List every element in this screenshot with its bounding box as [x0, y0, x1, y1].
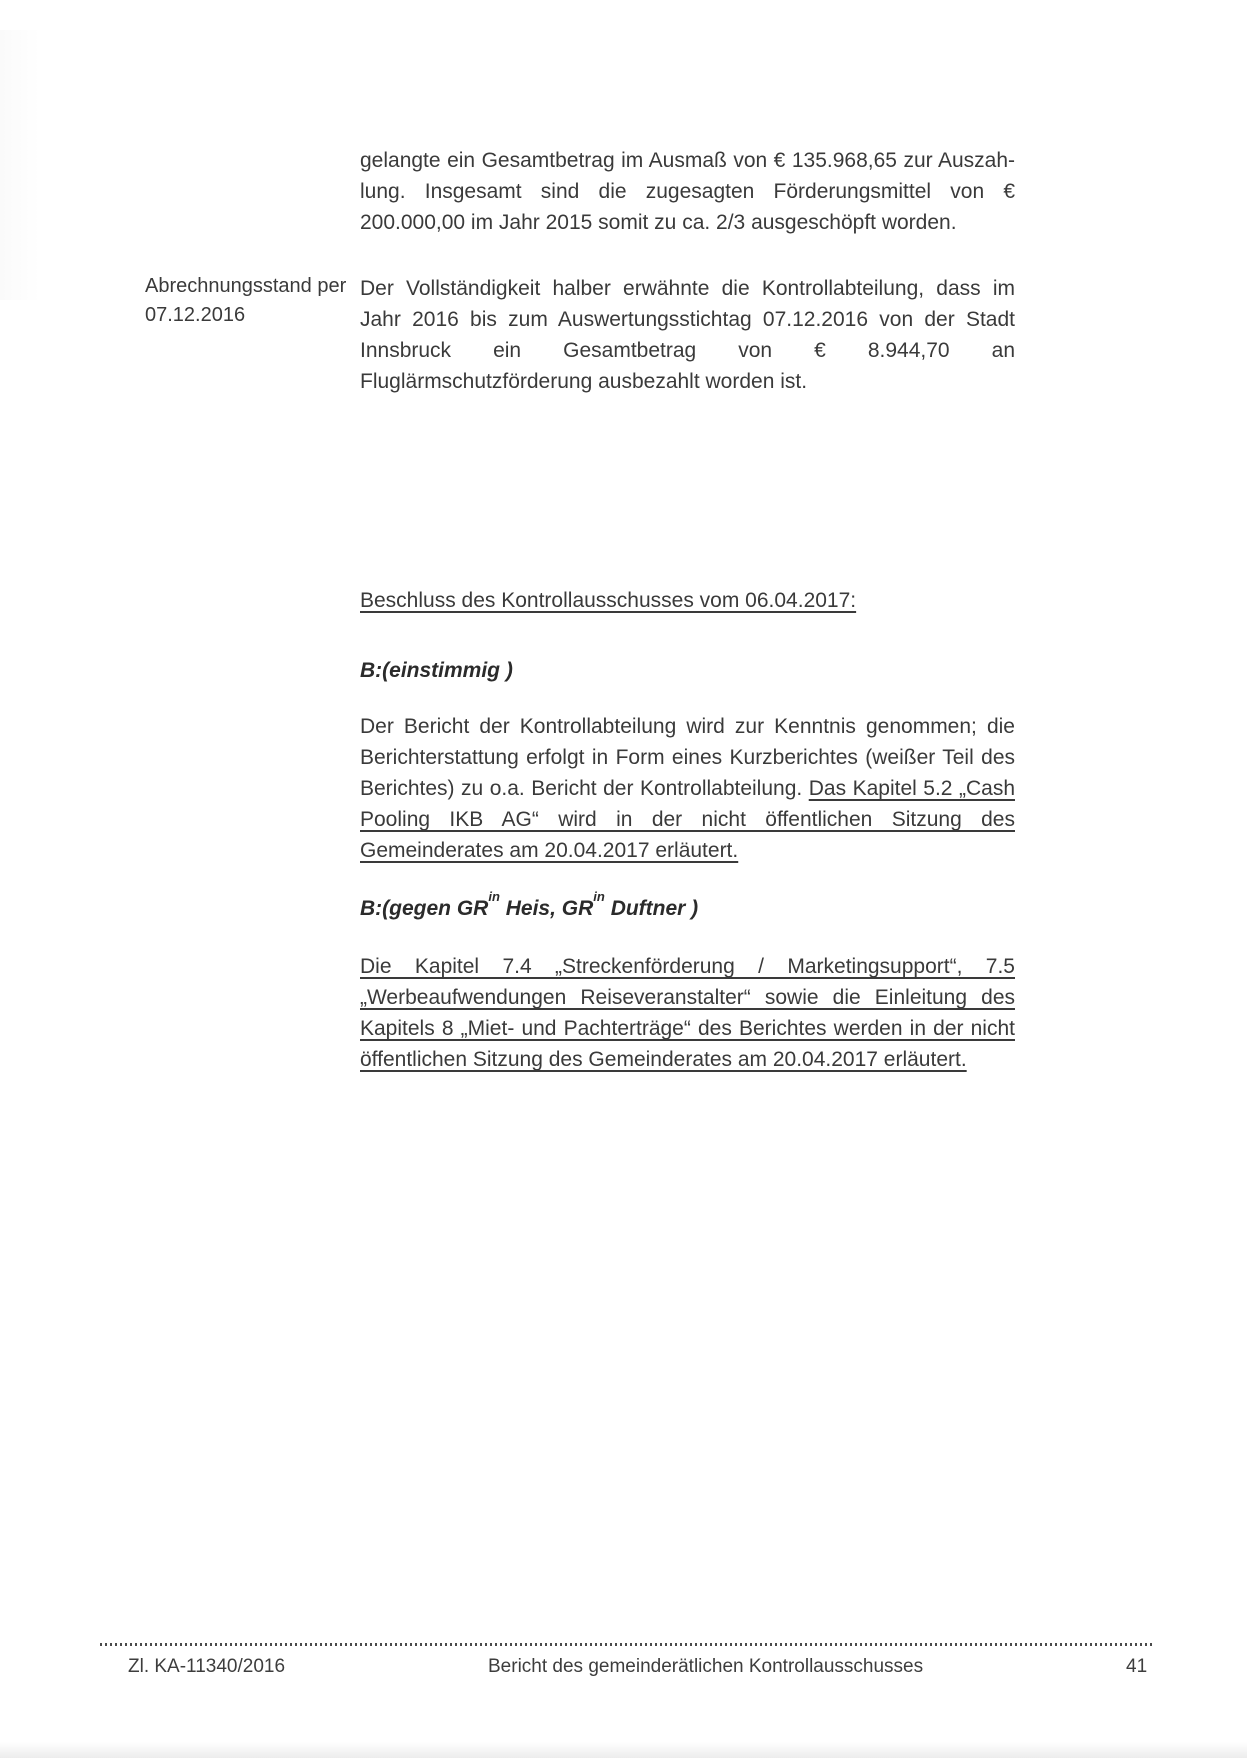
- vote-against-middle: Heis, GR: [500, 897, 593, 920]
- scan-artifact-top-left: [0, 30, 40, 300]
- paragraph-resolution-unanimous: Der Bericht der Kontrollabteilung wird z…: [360, 711, 1015, 866]
- paragraph-resolution-against: Die Kapitel 7.4 „Streckenförderung / Mar…: [360, 951, 1015, 1075]
- vote-result-unanimous: B:(einstimmig ): [360, 655, 513, 686]
- decision-heading: Beschluss des Kontrollausschusses vom 06…: [360, 585, 856, 616]
- paragraph-settlement-status: Der Vollständigkeit halber erwähnte die …: [360, 273, 1015, 397]
- vote-result-against: B:(gegen GRin Heis, GRin Duftner ): [360, 893, 698, 924]
- vote-against-superscript-2: in: [593, 889, 605, 904]
- vote-against-suffix: Duftner ): [605, 897, 698, 920]
- footer-reference-number: Zl. KA-11340/2016: [128, 1654, 285, 1680]
- margin-note-settlement-date: Abrechnungsstand per 07.12.2016: [145, 272, 370, 330]
- vote-against-prefix: B:(gegen GR: [360, 897, 488, 920]
- paragraph-payout-total: gelangte ein Gesamtbetrag im Ausmaß von …: [360, 145, 1015, 238]
- document-page: gelangte ein Gesamtbetrag im Ausmaß von …: [0, 0, 1247, 1758]
- vote-against-superscript-1: in: [488, 889, 500, 904]
- footer-document-title: Bericht des gemeinderätlichen Kontrollau…: [488, 1654, 923, 1680]
- footer-dotted-divider: [100, 1643, 1152, 1646]
- scan-artifact-bottom-band: [0, 1742, 1247, 1758]
- footer-page-number: 41: [1126, 1654, 1147, 1680]
